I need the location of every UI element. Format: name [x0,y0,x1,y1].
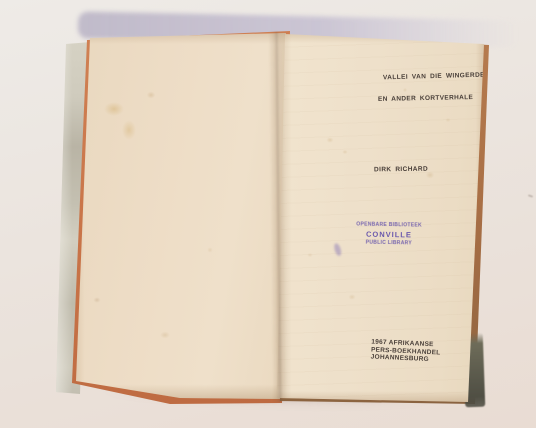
library-stamp: OPENBARE BIBLIOTEEK CONVILLE PUBLIC LIBR… [333,221,445,246]
book-subtitle: EN ANDER KORTVERHALE [378,94,473,103]
library-stamp-line1: OPENBARE BIBLIOTEEK [333,221,445,229]
title-page: VALLEI VAN DIE WINGERDE EN ANDER KORTVER… [277,34,484,402]
book-photo: VALLEI VAN DIE WINGERDE EN ANDER KORTVER… [0,0,536,428]
library-stamp-line3: PUBLIC LIBRARY [333,239,445,247]
book-title: VALLEI VAN DIE WINGERDE [383,72,485,82]
imprint: 1967 AFRIKAANSE PERS-BOEKHANDEL JOHANNES… [371,338,441,364]
book-author: DIRK RICHARD [374,166,428,174]
blank-left-page [74,33,286,399]
background-speck [528,194,533,197]
